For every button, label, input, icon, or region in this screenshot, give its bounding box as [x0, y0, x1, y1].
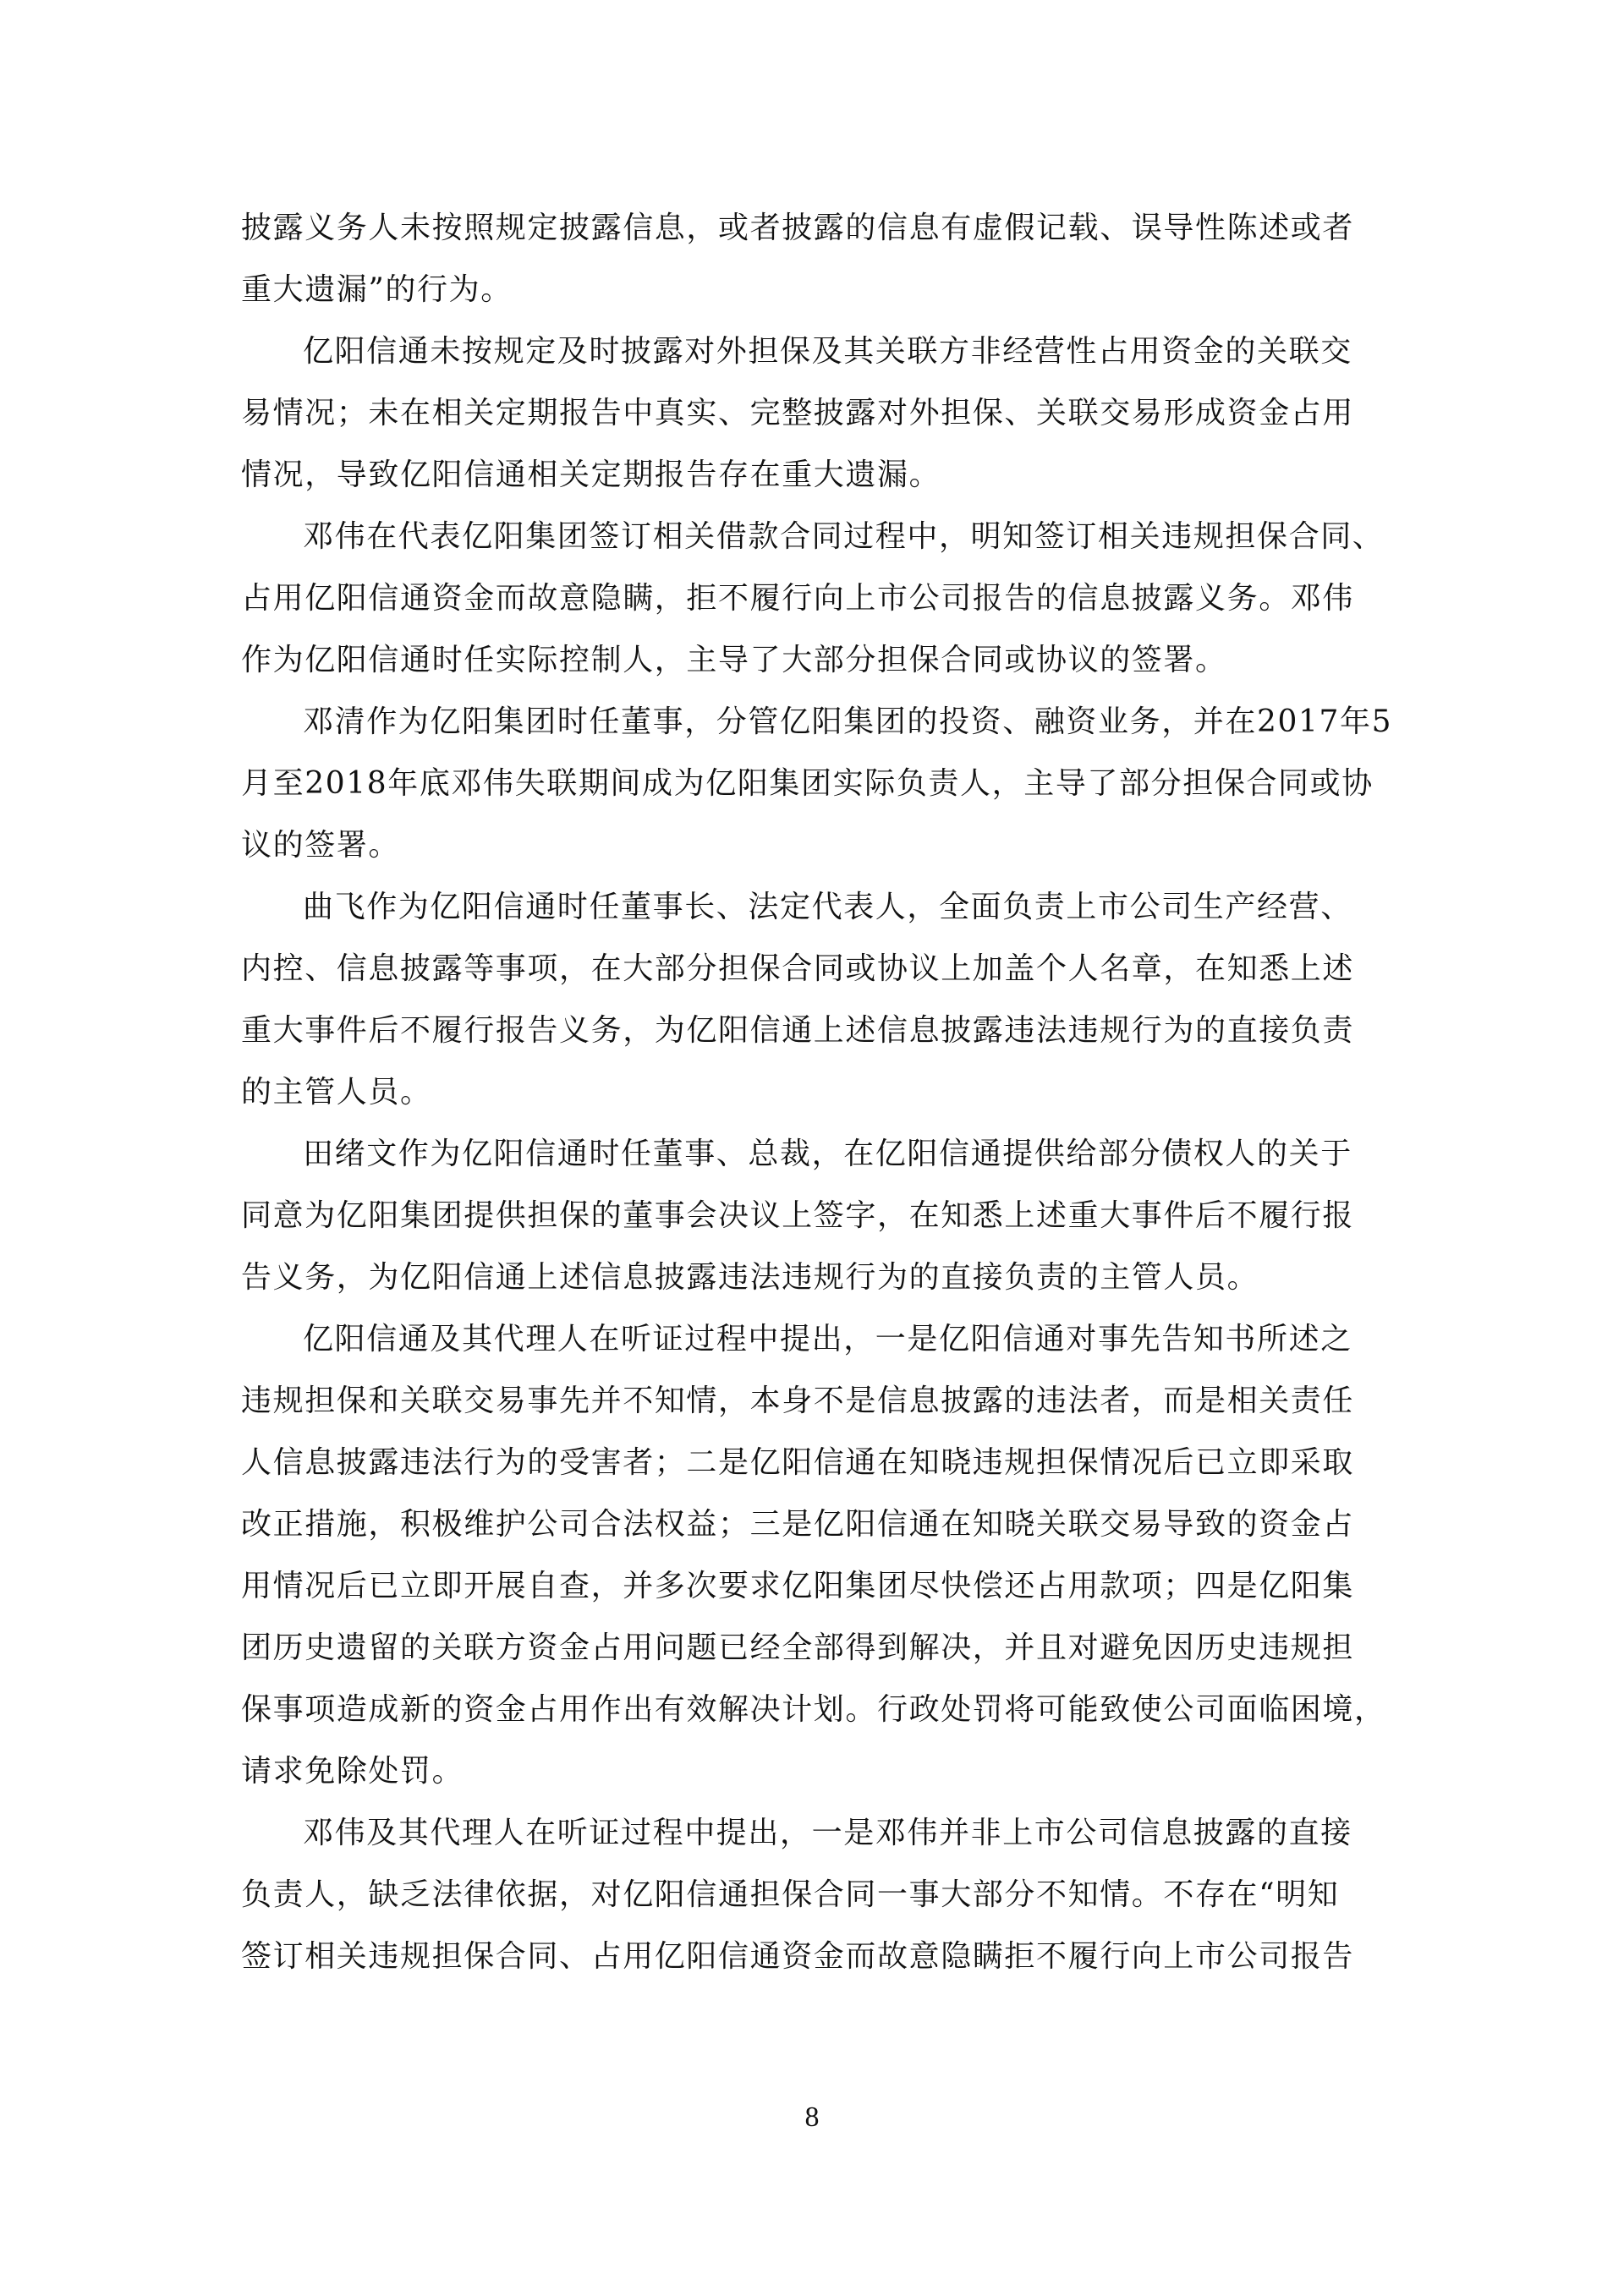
text-line: 违规担保和关联交易事先并不知情，本身不是信息披露的违法者，而是相关责任 [241, 1370, 1383, 1432]
text-line: 请求免除处罚。 [241, 1740, 1383, 1802]
text-line: 亿阳信通未按规定及时披露对外担保及其关联方非经营性占用资金的关联交 [241, 321, 1383, 382]
text-line: 重大事件后不履行报告义务，为亿阳信通上述信息披露违法违规行为的直接负责 [241, 1000, 1383, 1061]
text-line: 情况，导致亿阳信通相关定期报告存在重大遗漏。 [241, 444, 1383, 506]
text-line: 签订相关违规担保合同、占用亿阳信通资金而故意隐瞒拒不履行向上市公司报告 [241, 1926, 1383, 1987]
text-line: 邓伟及其代理人在听证过程中提出，一是邓伟并非上市公司信息披露的直接 [241, 1802, 1383, 1864]
text-line: 占用亿阳信通资金而故意隐瞒，拒不履行向上市公司报告的信息披露义务。邓伟 [241, 567, 1383, 629]
text-line: 作为亿阳信通时任实际控制人，主导了大部分担保合同或协议的签署。 [241, 629, 1383, 691]
text-line: 重大遗漏”的行为。 [241, 259, 1383, 321]
paragraph-tian-xuwen: 田绪文作为亿阳信通时任董事、总裁，在亿阳信通提供给部分债权人的关于 同意为亿阳集… [241, 1123, 1383, 1308]
paragraph-deng-qing: 邓清作为亿阳集团时任董事，分管亿阳集团的投资、融资业务，并在2017年5 月至2… [241, 691, 1383, 876]
text-line: 邓伟在代表亿阳集团签订相关借款合同过程中，明知签订相关违规担保合同、 [241, 506, 1383, 567]
text-line: 月至2018年底邓伟失联期间成为亿阳集团实际负责人，主导了部分担保合同或协 [241, 753, 1383, 814]
page-number: 8 [0, 2101, 1624, 2134]
text-line: 亿阳信通及其代理人在听证过程中提出，一是亿阳信通对事先告知书所述之 [241, 1308, 1383, 1370]
paragraph-deng-wei: 邓伟在代表亿阳集团签订相关借款合同过程中，明知签订相关违规担保合同、 占用亿阳信… [241, 506, 1383, 691]
text-line: 改正措施，积极维护公司合法权益；三是亿阳信通在知晓关联交易导致的资金占 [241, 1493, 1383, 1555]
text-line: 披露义务人未按照规定披露信息，或者披露的信息有虚假记载、误导性陈述或者 [241, 197, 1383, 259]
text-line: 内控、信息披露等事项，在大部分担保合同或协议上加盖个人名章，在知悉上述 [241, 938, 1383, 1000]
text-line: 同意为亿阳集团提供担保的董事会决议上签字，在知悉上述重大事件后不履行报 [241, 1185, 1383, 1247]
document-page: 披露义务人未按照规定披露信息，或者披露的信息有虚假记载、误导性陈述或者 重大遗漏… [0, 0, 1624, 2296]
text-line: 田绪文作为亿阳信通时任董事、总裁，在亿阳信通提供给部分债权人的关于 [241, 1123, 1383, 1185]
text-line: 议的签署。 [241, 814, 1383, 876]
text-line: 告义务，为亿阳信通上述信息披露违法违规行为的直接负责的主管人员。 [241, 1247, 1383, 1308]
paragraph-continuation: 披露义务人未按照规定披露信息，或者披露的信息有虚假记载、误导性陈述或者 重大遗漏… [241, 197, 1383, 321]
text-line: 团历史遗留的关联方资金占用问题已经全部得到解决，并且对避免因历史违规担 [241, 1617, 1383, 1679]
text-line: 负责人，缺乏法律依据，对亿阳信通担保合同一事大部分不知情。不存在“明知 [241, 1864, 1383, 1926]
paragraph-deng-wei-hearing-defense: 邓伟及其代理人在听证过程中提出，一是邓伟并非上市公司信息披露的直接 负责人，缺乏… [241, 1802, 1383, 1987]
paragraph-company-hearing-defense: 亿阳信通及其代理人在听证过程中提出，一是亿阳信通对事先告知书所述之 违规担保和关… [241, 1308, 1383, 1802]
text-line: 用情况后已立即开展自查，并多次要求亿阳集团尽快偿还占用款项；四是亿阳集 [241, 1555, 1383, 1617]
text-line: 人信息披露违法行为的受害者；二是亿阳信通在知晓违规担保情况后已立即采取 [241, 1432, 1383, 1493]
text-line: 易情况；未在相关定期报告中真实、完整披露对外担保、关联交易形成资金占用 [241, 382, 1383, 444]
text-line: 的主管人员。 [241, 1061, 1383, 1123]
text-line: 邓清作为亿阳集团时任董事，分管亿阳集团的投资、融资业务，并在2017年5 [241, 691, 1383, 753]
body-text: 披露义务人未按照规定披露信息，或者披露的信息有虚假记载、误导性陈述或者 重大遗漏… [241, 197, 1383, 1987]
paragraph-undisclosed-guarantees: 亿阳信通未按规定及时披露对外担保及其关联方非经营性占用资金的关联交 易情况；未在… [241, 321, 1383, 506]
text-line: 保事项造成新的资金占用作出有效解决计划。行政处罚将可能致使公司面临困境， [241, 1679, 1383, 1740]
text-line: 曲飞作为亿阳信通时任董事长、法定代表人，全面负责上市公司生产经营、 [241, 876, 1383, 938]
paragraph-qu-fei: 曲飞作为亿阳信通时任董事长、法定代表人，全面负责上市公司生产经营、 内控、信息披… [241, 876, 1383, 1123]
